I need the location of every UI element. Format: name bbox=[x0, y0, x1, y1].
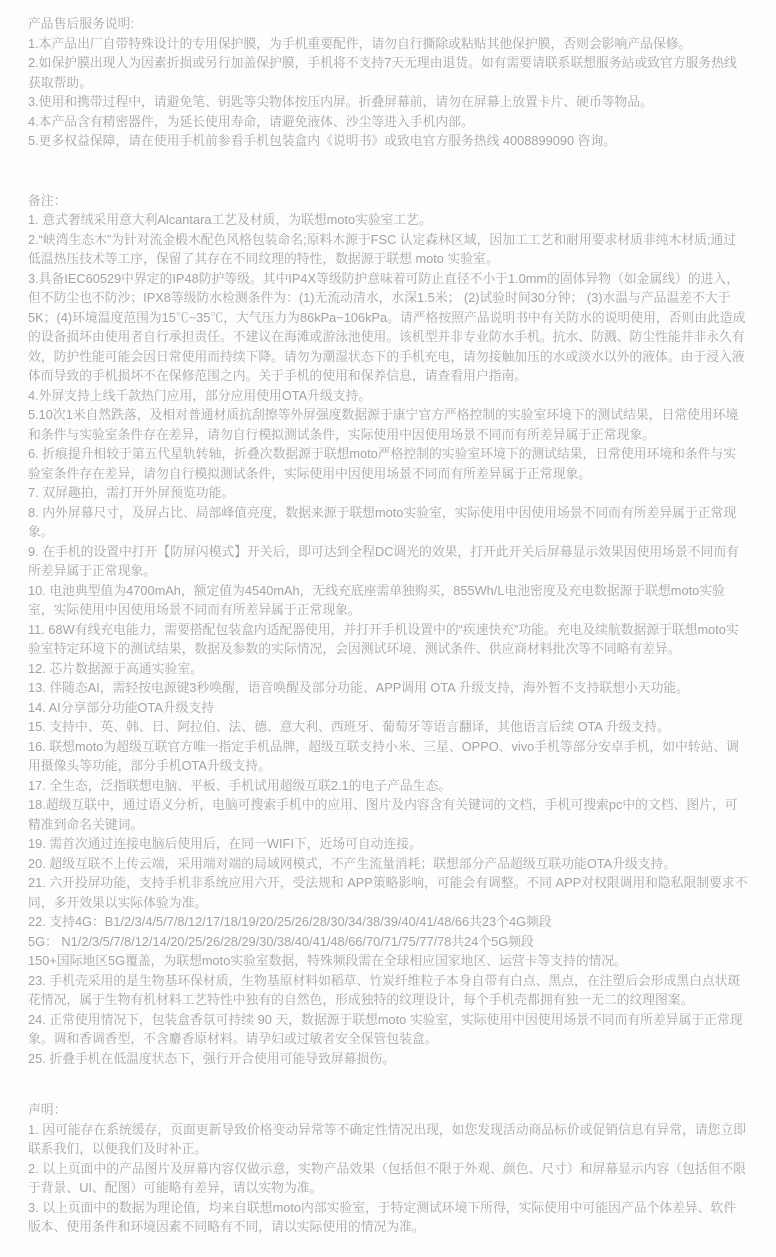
paragraph-line: 14. AI分享部分功能OTA升级支持 bbox=[28, 698, 748, 718]
section-after-sales: 产品售后服务说明: 1.本产品出厂自带特殊设计的专用保护膜，为手机重要配件，请勿… bbox=[28, 14, 748, 151]
paragraph-line: 21. 六开投屏功能，支持手机非系统应用六开，受法规和 APP策略影响，可能会有… bbox=[28, 873, 748, 912]
paragraph-line: 2.“峡湾生态木”为针对流金椴木配色风格包装命名;原料木源于FSC 认定森林区域… bbox=[28, 230, 748, 269]
after-sales-paragraph-list: 1.本产品出厂自带特殊设计的专用保护膜，为手机重要配件，请勿自行撕除或粘贴其他保… bbox=[28, 34, 748, 151]
paragraph-line: 2. 以上页面中的产品图片及屏幕内容仅做示意，实物产品效果（包括但不限于外观、颜… bbox=[28, 1159, 748, 1198]
paragraph-line: 5.10次1米自然跌落，及相对普通材质抗刮擦等外屏强度数据源于康宁官方严格控制的… bbox=[28, 405, 748, 444]
disclaimer-page: 产品售后服务说明: 1.本产品出厂自带特殊设计的专用保护膜，为手机重要配件，请勿… bbox=[0, 0, 776, 1257]
paragraph-line: 6. 折痕提升相较于第五代星轨转轴，折叠次数据源于联想moto严格控制的实验室环… bbox=[28, 444, 748, 483]
paragraph-line: 3.具备IEC60529中界定的IP48防护等级。其中IP4X等级防护意味着可防… bbox=[28, 269, 748, 386]
remarks-heading: 备注： bbox=[28, 191, 748, 211]
paragraph-line: 3.使用和携带过程中，请避免笔、钥匙等尖物体按压内屏。折叠屏幕前，请勿在屏幕上放… bbox=[28, 92, 748, 112]
paragraph-line: 5G： N1/2/3/5/7/8/12/14/20/25/26/28/29/30… bbox=[28, 932, 748, 952]
paragraph-line: 20. 超级互联不上传云端，采用端对端的局域网模式，不产生流量消耗；联想部分产品… bbox=[28, 854, 748, 874]
statement-heading: 声明： bbox=[28, 1100, 748, 1120]
paragraph-line: 1.本产品出厂自带特殊设计的专用保护膜，为手机重要配件，请勿自行撕除或粘贴其他保… bbox=[28, 34, 748, 54]
paragraph-line: 5.更多权益保障，请在使用手机前参看手机包装盒内《说明书》或致电官方服务热线 4… bbox=[28, 131, 748, 151]
paragraph-line: 18.超级互联中，通过语义分析，电脑可搜索手机中的应用、图片及内容含有关键词的文… bbox=[28, 795, 748, 834]
paragraph-line: 7. 双屏趣拍，需打开外屏预览功能。 bbox=[28, 483, 748, 503]
paragraph-line: 19. 需首次通过连接电脑后使用后，在同一WIFI下，近场可自动连接。 bbox=[28, 834, 748, 854]
paragraph-line: 17. 全生态，泛指联想电脑、平板、手机试用超级互联2.1的电子产品生态。 bbox=[28, 776, 748, 796]
paragraph-line: 150+国际地区5G覆盖，为联想moto实验室数据，特殊频段需在全球相应国家地区… bbox=[28, 951, 748, 971]
paragraph-line: 9. 在手机的设置中打开【防屏闪模式】开关后，即可达到全程DC调光的效果，打开此… bbox=[28, 542, 748, 581]
paragraph-line: 2.如保护膜出现人为因素折损或另行加盖保护膜，手机将不支持7天无理由退货。如有需… bbox=[28, 53, 748, 92]
paragraph-line: 25. 折叠手机在低温度状态下，强行开合使用可能导致屏幕损伤。 bbox=[28, 1049, 748, 1069]
paragraph-line: 13. 伴随态AI，需轻按电源键3秒唤醒，语音唤醒及部分功能、APP调用 OTA… bbox=[28, 678, 748, 698]
paragraph-line: 12. 芯片数据源于高通实验室。 bbox=[28, 659, 748, 679]
paragraph-line: 1. 因可能存在系统缓存，页面更新导致价格变动异常等不确定性情况出现，如您发现活… bbox=[28, 1120, 748, 1159]
after-sales-heading: 产品售后服务说明: bbox=[28, 14, 748, 34]
paragraph-line: 11. 68W有线充电能力，需要搭配包装盒内适配器使用，并打开手机设置中的“疾速… bbox=[28, 620, 748, 659]
paragraph-line: 16. 联想moto为超级互联官方唯一指定手机品牌，超级互联支持小米、三星、OP… bbox=[28, 737, 748, 776]
statement-paragraph-list: 1. 因可能存在系统缓存，页面更新导致价格变动异常等不确定性情况出现，如您发现活… bbox=[28, 1120, 748, 1237]
paragraph-line: 3. 以上页面中的数据为理论值，均来自联想moto内部实验室，于特定测试环境下所… bbox=[28, 1198, 748, 1237]
paragraph-line: 23. 手机壳采用的是生物基环保材质，生物基原材料如稻草、竹炭纤维粒子本身自带有… bbox=[28, 971, 748, 1010]
section-statement: 声明： 1. 因可能存在系统缓存，页面更新导致价格变动异常等不确定性情况出现，如… bbox=[28, 1100, 748, 1237]
paragraph-line: 10. 电池典型值为4700mAh，额定值为4540mAh，无线充底座需单独购买… bbox=[28, 581, 748, 620]
paragraph-line: 8. 内外屏幕尺寸，及屏占比、局部峰值亮度，数据来源于联想moto实验室，实际使… bbox=[28, 503, 748, 542]
paragraph-line: 1. 意式奢绒采用意大利Alcantara工艺及材质，为联想moto实验室工艺。 bbox=[28, 210, 748, 230]
section-remarks: 备注： 1. 意式奢绒采用意大利Alcantara工艺及材质，为联想moto实验… bbox=[28, 191, 748, 1069]
paragraph-line: 22. 支持4G：B1/2/3/4/5/7/8/12/17/18/19/20/2… bbox=[28, 912, 748, 932]
paragraph-line: 4.本产品含有精密器件，为延长使用寿命，请避免液体、沙尘等进入手机内部。 bbox=[28, 112, 748, 132]
paragraph-line: 24. 正常使用情况下，包装盒香氛可持续 90 天，数据源于联想moto 实验室… bbox=[28, 1010, 748, 1049]
paragraph-line: 4.外屏支持上线千款热门应用，部分应用使用OTA升级支持。 bbox=[28, 386, 748, 406]
paragraph-line: 15. 支持中、英、韩、日、阿拉伯、法、德、意大利、西班牙、葡萄牙等语言翻译，其… bbox=[28, 717, 748, 737]
remarks-paragraph-list: 1. 意式奢绒采用意大利Alcantara工艺及材质，为联想moto实验室工艺。… bbox=[28, 210, 748, 1068]
